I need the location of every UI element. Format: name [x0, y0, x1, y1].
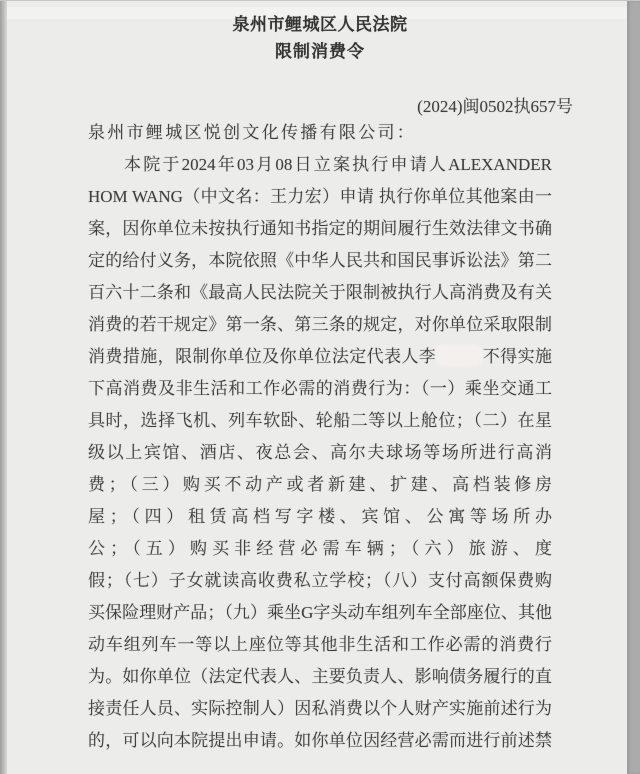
body-line: 百六十二条和《最高人民法院关于限制被执行人高消费及有关	[88, 277, 552, 309]
case-number: (2024)闽0502执657号	[417, 92, 573, 117]
body-line: 公；（五）购买非经营必需车辆；（六）旅游、度	[88, 533, 552, 565]
body-line: 案，因你单位未按执行通知书指定的期间履行生效法律文书确	[88, 213, 552, 245]
body-line-text: 消费措施，限制你单位及你单位法定代表人李	[88, 347, 436, 366]
body-line: 接责任人员、实际控制人）因私消费以个人财产实施前述行为	[88, 693, 552, 725]
body-line: 动车组列车一等以上座位等其他非生活和工作必需的消费行	[88, 629, 552, 661]
body-line: 消费的若干规定》第一条、第三条的规定，对你单位采取限制	[88, 309, 552, 341]
addressee-line: 泉州市鲤城区悦创文化传播有限公司：	[88, 117, 552, 149]
body-line: 为。如你单位（法定代表人、主要负责人、影响债务履行的直	[88, 661, 552, 693]
court-order-document: 泉州市鲤城区人民法院 限制消费令 (2024)闽0502执657号 泉州市鲤城区…	[0, 1, 640, 774]
body-line: 本院于2024年03月08日立案执行申请人ALEXANDER LEE	[88, 149, 552, 181]
document-page: 泉州市鲤城区人民法院 限制消费令 (2024)闽0502执657号 泉州市鲤城区…	[0, 0, 640, 774]
document-body: 泉州市鲤城区悦创文化传播有限公司： 本院于2024年03月08日立案执行申请人A…	[88, 117, 552, 757]
body-line: 假；（七）子女就读高收费私立学校；（八）支付高额保费购	[88, 565, 552, 597]
body-line: 定的给付义务，本院依照《中华人民共和国民事诉讼法》第二	[88, 245, 552, 277]
body-line: 费；（三）购买不动产或者新建、扩建、高档装修房	[88, 469, 552, 501]
body-lines: 本院于2024年03月08日立案执行申请人ALEXANDER LEEHOM WA…	[88, 149, 552, 757]
order-title: 限制消费令	[0, 37, 640, 62]
body-line: 的，可以向本院提出申请。如你单位因经营必需而进行前述禁	[88, 725, 552, 757]
body-line: 下高消费及非生活和工作必需的消费行为：（一）乘坐交通工	[88, 373, 552, 405]
redacted-name-overlay	[436, 347, 482, 364]
body-line: 级以上宾馆、酒店、夜总会、高尔夫球场等场所进行高消	[88, 437, 552, 469]
court-name-title: 泉州市鲤城区人民法院	[0, 10, 640, 35]
body-line: 买保险理财产品；（九）乘坐G字头动车组列车全部座位、其他	[88, 597, 552, 629]
body-line: 具时，选择飞机、列车软卧、轮船二等以上舱位；（二）在星	[88, 405, 552, 437]
body-line: 屋；（四）租赁高档写字楼、宾馆、公寓等场所办	[88, 501, 552, 533]
body-line: 消费措施，限制你单位及你单位法定代表人李不得实施以	[88, 341, 552, 373]
body-line: HOM WANG（中文名：王力宏）申请 执行你单位其他案由一	[88, 181, 552, 213]
